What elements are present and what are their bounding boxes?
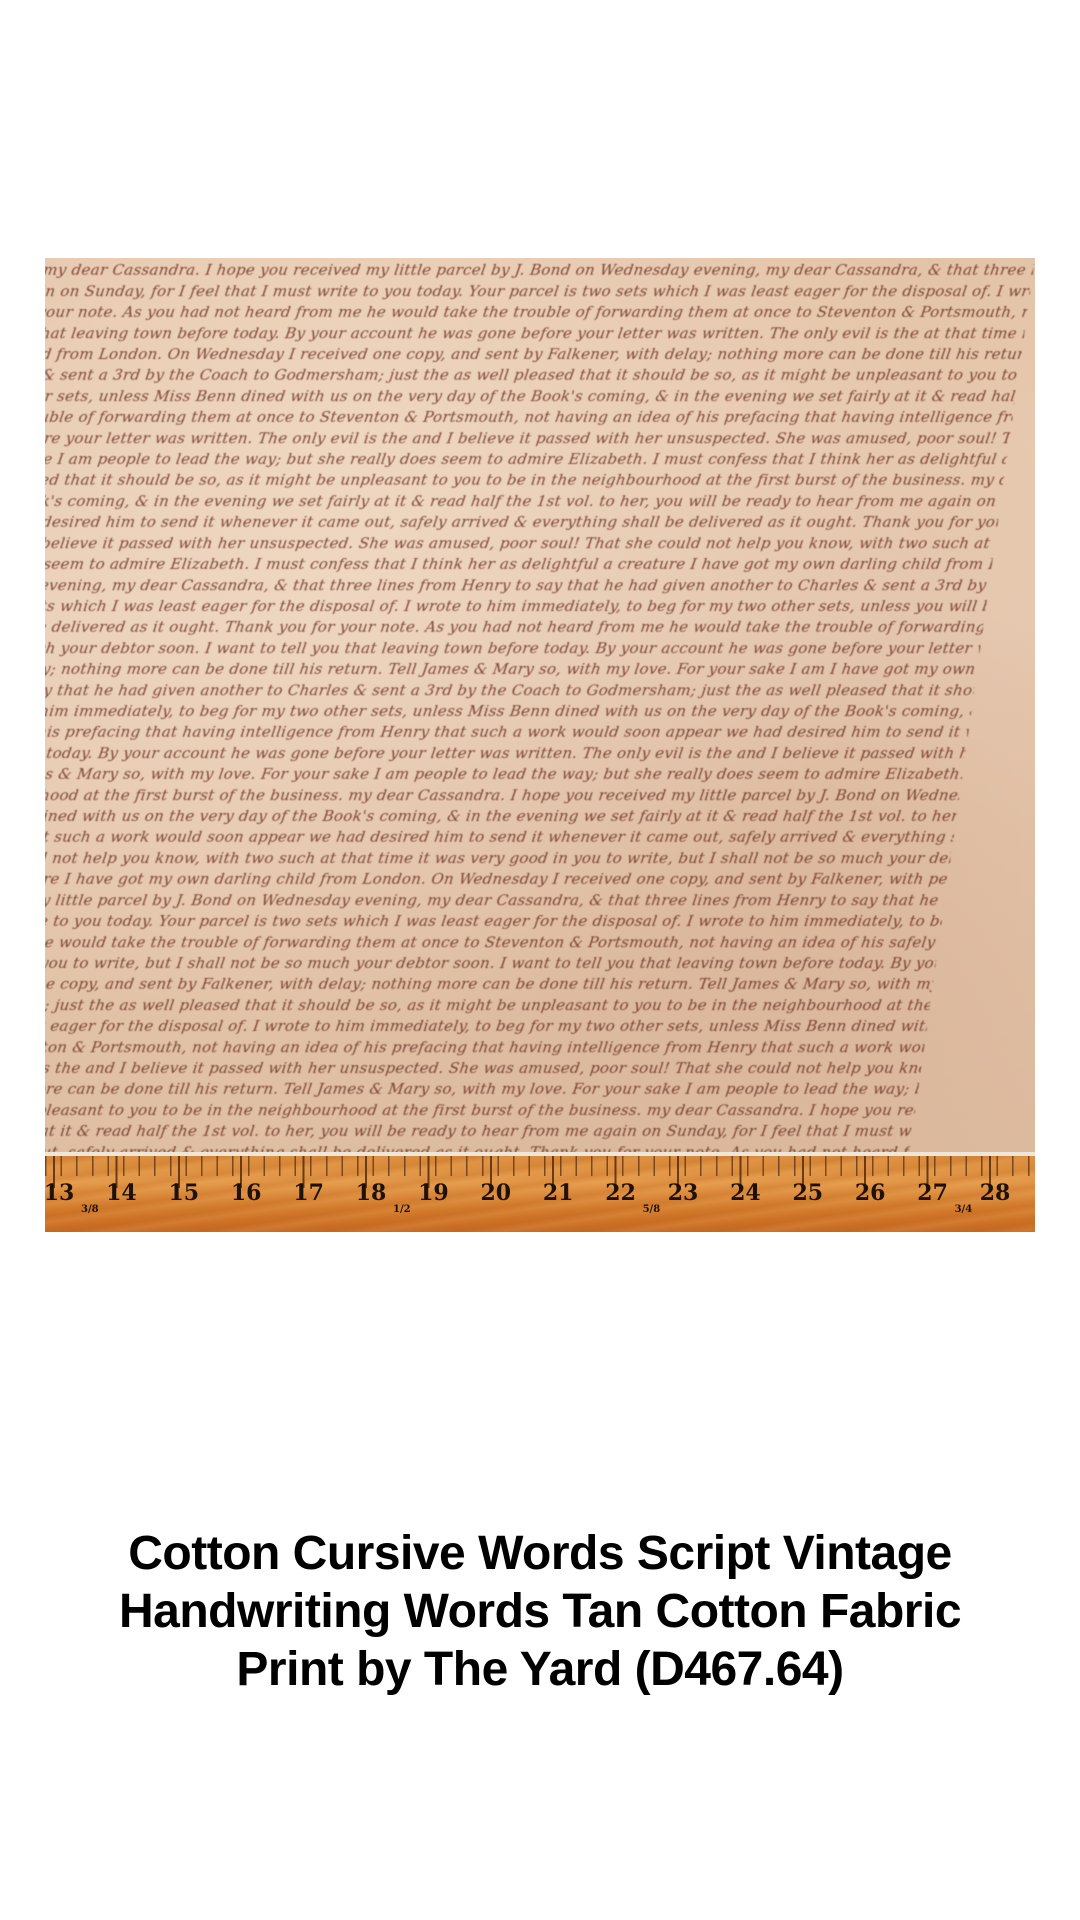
script-line: Book's coming, & in the evening we set f… (45, 491, 1002, 512)
script-line: that leaving town before today. By your … (45, 323, 1026, 344)
script-line: ry to say that he had given another to C… (45, 680, 976, 701)
ruler-number: 15 (168, 1180, 199, 1206)
script-line: eased that it should be so, as it might … (45, 470, 1005, 491)
script-line: rouble of forwarding them at once to Ste… (45, 407, 1014, 428)
script-line: received my little parcel by J. Bond on … (45, 890, 946, 911)
ruler-number: 21 (543, 1180, 574, 1206)
script-line: it might be unpleasant to you to be in t… (45, 1100, 917, 1121)
product-image[interactable]: my dear Cassandra. I hope you received m… (45, 258, 1035, 1232)
script-line: g we set fairly at it & read half the 1s… (45, 1121, 914, 1142)
script-line: n before today. By your account he was g… (45, 743, 967, 764)
measuring-ruler: 131415161718192021222324252627283/81/25/… (45, 1152, 1035, 1232)
ruler-fraction-mark: 3/8 (81, 1204, 99, 1215)
script-line: nd I believe it passed with her unsuspec… (45, 533, 996, 554)
script-line: sday evening, my dear Cassandra, & that … (45, 575, 990, 596)
script-line: ch I was least eager for the disposal of… (45, 1016, 928, 1037)
script-line: t she could not help you know, with two … (45, 848, 952, 869)
script-line: I must write to you today. Your parcel i… (45, 911, 943, 932)
ruler-number: 17 (293, 1180, 324, 1206)
script-line: her sets, unless Miss Benn dined with us… (45, 386, 1017, 407)
script-line: wo sets which I was least eager for the … (45, 596, 987, 617)
cursive-script-pattern: my dear Cassandra. I hope you received m… (45, 258, 1035, 1158)
script-line: does seem to admire Elizabeth. I must co… (45, 554, 993, 575)
script-line: nce to Steventon & Portsmouth, not havin… (45, 1037, 926, 1058)
ruler-number: 25 (792, 1180, 823, 1206)
script-line: ul a creature I have got my own darling … (45, 869, 949, 890)
ruler-number: 23 (668, 1180, 699, 1206)
script-line: I received one copy, and sent by Falkene… (45, 974, 934, 995)
script-line: ay; nothing more can be done till his re… (45, 1079, 920, 1100)
script-line: rote to him immediately, to beg for my t… (45, 701, 973, 722)
ruler-number: 24 (730, 1180, 761, 1206)
script-line: The only evil is the and I believe it pa… (45, 1058, 923, 1079)
ruler-number: 28 (980, 1180, 1011, 1206)
script-line: efore your letter was written. The only … (45, 428, 1011, 449)
script-line: hall be delivered as it ought. Thank you… (45, 617, 985, 638)
ruler-number: 20 (480, 1180, 511, 1206)
script-line: idea of his prefacing that having intell… (45, 722, 970, 743)
script-line: Tell James & Mary so, with my love. For … (45, 764, 964, 785)
ruler-number: 16 (231, 1180, 262, 1206)
script-line: in on Sunday, for I feel that I must wri… (45, 281, 1032, 302)
script-line: Henry that such a work would soon appear… (45, 827, 955, 848)
script-line: th delay; nothing more can be done till … (45, 659, 979, 680)
ruler-fraction-mark: 3/4 (955, 1204, 973, 1215)
product-title: Cotton Cursive Words Script Vintage Hand… (60, 1525, 1020, 1699)
script-line: eighbourhood at the first burst of the b… (45, 785, 961, 806)
script-line: sake I am people to lead the way; but sh… (45, 449, 1008, 470)
script-line: ery good in you to write, but I shall no… (45, 953, 937, 974)
script-line: Godmersham; just the as well pleased tha… (45, 995, 931, 1016)
ruler-number: 22 (605, 1180, 636, 1206)
ruler-number: 26 (855, 1180, 886, 1206)
ruler-number: 27 (917, 1180, 948, 1206)
ruler-fraction-mark: 5/8 (643, 1204, 661, 1215)
ruler-number: 19 (418, 1180, 449, 1206)
product-page: my dear Cassandra. I hope you received m… (0, 0, 1080, 1920)
ruler-number: 18 (356, 1180, 387, 1206)
script-line: my dear Cassandra. I hope you received m… (45, 260, 1035, 281)
ruler-number: 13 (45, 1180, 74, 1206)
script-line: ild from London. On Wednesday I received… (45, 344, 1023, 365)
ruler-number: 14 (106, 1180, 137, 1206)
script-line: s & sent a 3rd by the Coach to Godmersha… (45, 365, 1020, 386)
script-line: ss Benn dined with us on the very day of… (45, 806, 958, 827)
fabric-swatch: my dear Cassandra. I hope you received m… (45, 258, 1035, 1158)
script-line: d from me he would take the trouble of f… (45, 932, 940, 953)
script-line: your note. As you had not heard from me … (45, 302, 1029, 323)
ruler-fraction-mark: 1/2 (393, 1204, 411, 1215)
script-line: had desired him to send it whenever it c… (45, 512, 999, 533)
script-line: so much your debtor soon. I want to tell… (45, 638, 982, 659)
